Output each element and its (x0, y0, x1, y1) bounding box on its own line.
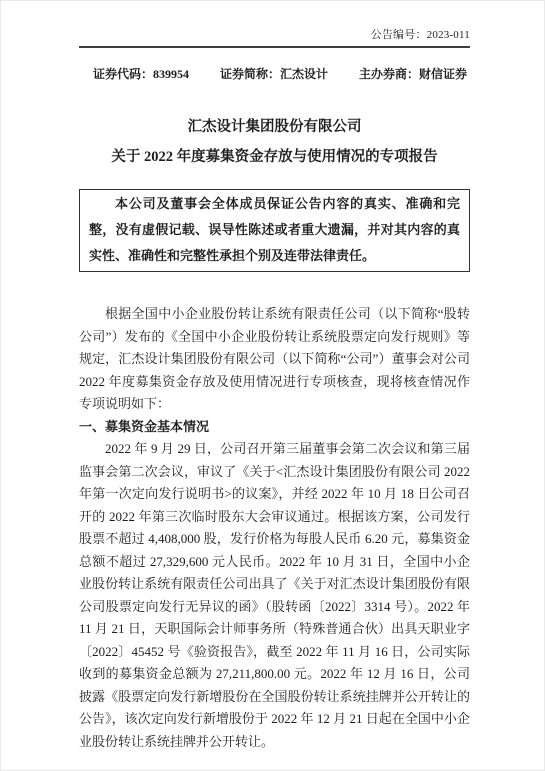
section1-heading: 一、募集资金基本情况 (79, 416, 470, 439)
sponsor-broker-value: 财信证券 (419, 67, 467, 81)
section1-paragraph: 2022 年 9 月 29 日，公司召开第三届董事会第二次会议和第三届监事会第二… (79, 438, 470, 753)
notice-number: 公告编号：2023-011 (371, 29, 470, 41)
disclaimer-text: 本公司及董事会全体成员保证公告内容的真实、准确和完整，没有虚假记载、误导性陈述或… (89, 191, 460, 269)
stock-short-name-value: 汇杰设计 (280, 67, 328, 81)
securities-header-row: 证券代码：839954 证券简称：汇杰设计 主办券商：财信证券 (79, 66, 470, 82)
stock-short-name: 证券简称：汇杰设计 (220, 66, 328, 82)
stock-short-name-label: 证券简称： (220, 67, 280, 81)
document-page: 公告编号：2023-011 证券代码：839954 证券简称：汇杰设计 主办券商… (0, 0, 545, 771)
document-title-subject: 关于 2022 年度募集资金存放与使用情况的专项报告 (79, 148, 470, 167)
notice-number-row: 公告编号：2023-011 (79, 28, 470, 46)
sponsor-broker-label: 主办券商： (359, 67, 419, 81)
stock-code-value: 839954 (153, 67, 189, 81)
stock-code: 证券代码：839954 (93, 66, 189, 82)
header-rule (79, 46, 470, 48)
document-title-company: 汇杰设计集团股份有限公司 (79, 118, 470, 137)
sponsor-broker: 主办券商：财信证券 (359, 66, 467, 82)
intro-paragraph: 根据全国中小企业股份转让系统有限责任公司（以下简称“股转公司”）发布的《全国中小… (79, 303, 470, 416)
stock-code-label: 证券代码： (93, 67, 153, 81)
disclaimer-box: 本公司及董事会全体成员保证公告内容的真实、准确和完整，没有虚假记载、误导性陈述或… (79, 189, 470, 272)
